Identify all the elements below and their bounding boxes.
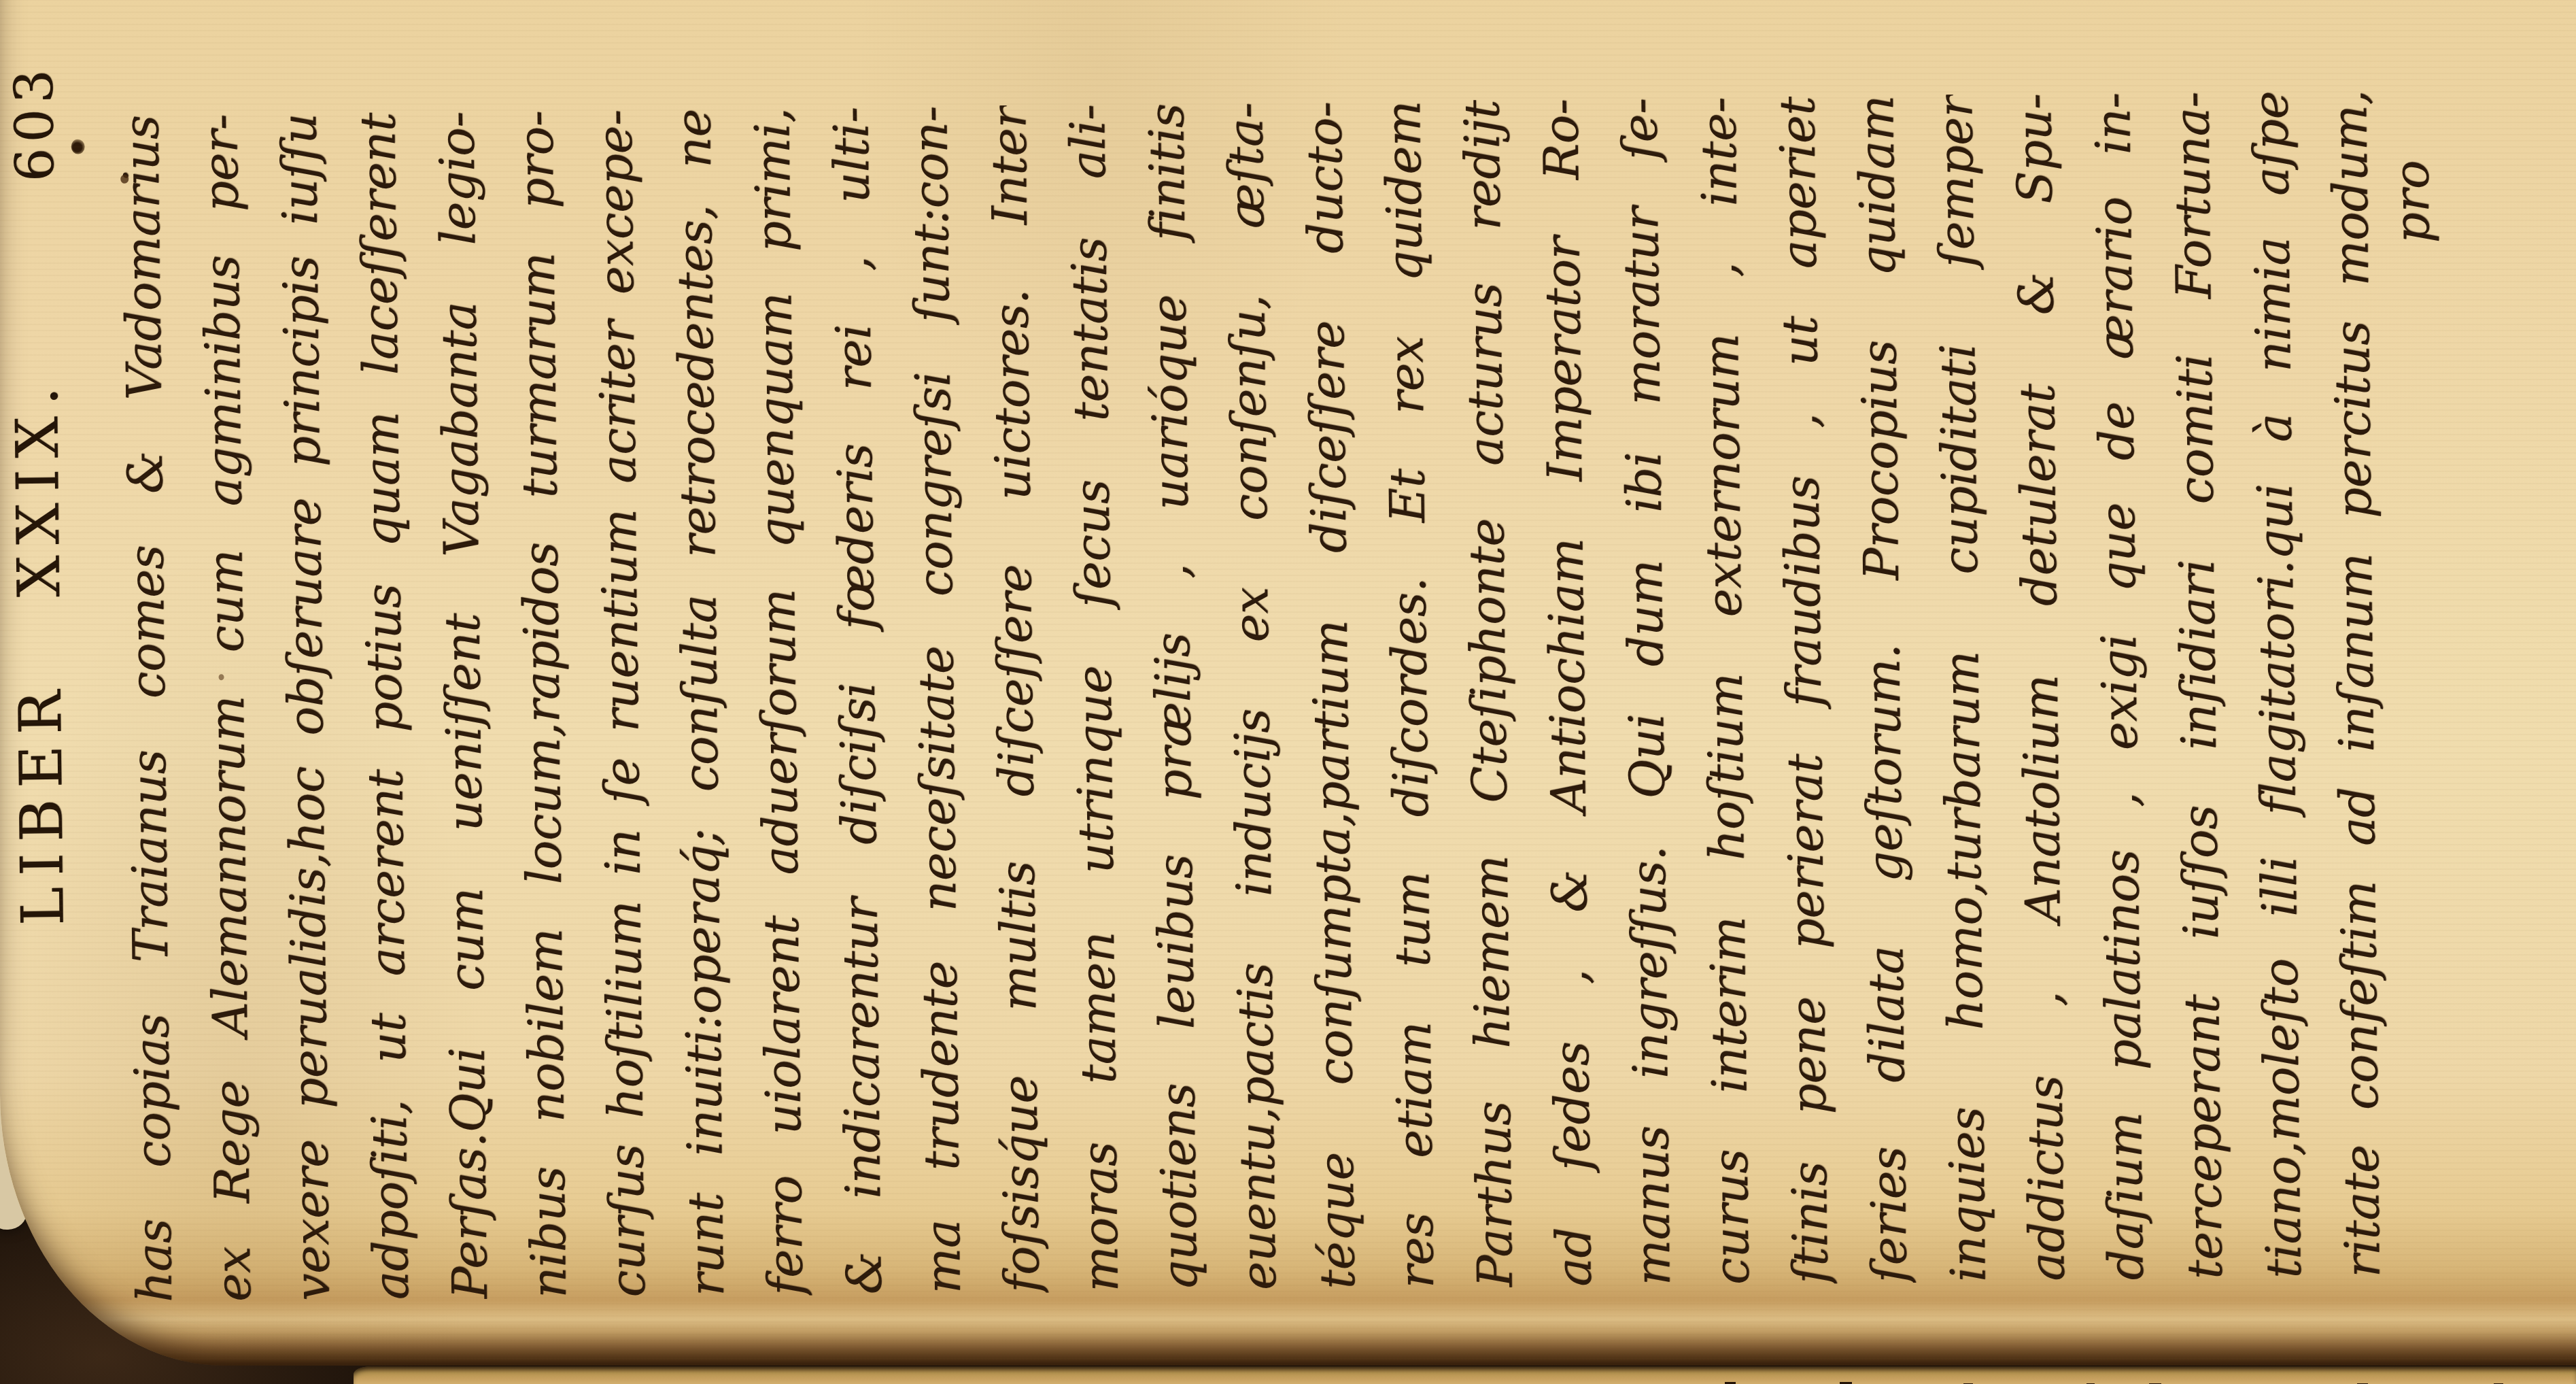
text-line: adpoſiti, ut arcerent potius quam laceſſ… [339, 112, 431, 1300]
text-line: ex Rege Alemannorum cum agminibus per- [181, 114, 273, 1302]
text-line: euentu,pactis inducijs ex conſenſu, æſta… [1206, 102, 1299, 1290]
text-line: res etiam tum diſcordes. Et rex quidem [1364, 101, 1456, 1289]
text-line: manus ingreſſus. Qui dum ibi moratur ſe- [1600, 98, 1693, 1286]
book-photo-scene: LIBER XXIX. 603 has copias Traianus come… [0, 0, 2576, 1384]
page-number: 603 [3, 64, 66, 182]
text-line: ſeries dilata geſtorum. Procopius quidam [1837, 95, 1929, 1283]
text-line: téque conſumpta,partium diſceſſere ducto… [1285, 101, 1377, 1289]
text-line: curſus hoſtilium in ſe ruentium acriter … [575, 109, 668, 1298]
facing-page-sliver [354, 1366, 2576, 1384]
text-line: inquies homo,turbarum cupiditati ſemper [1916, 95, 2008, 1283]
catchword: pro [2383, 160, 2440, 243]
text-line: curus interim hoſtium externorum , inte- [1679, 97, 1772, 1285]
text-line: nibus nobilem locum,rapidos turmarum pro… [496, 110, 589, 1298]
text-line: ma trudente neceſsitate congreſsi ſunt:c… [891, 106, 983, 1294]
text-line: tiano,moleſto illi flagitatori.qui à nim… [2231, 90, 2324, 1279]
running-title: LIBER XXIX. [3, 376, 78, 926]
ink-spot [120, 175, 128, 184]
text-line: addictus , Anatolium detulerat & Spu- [1995, 93, 2087, 1281]
text-line: vexere perualidis,hoc obſeruare principi… [260, 113, 352, 1301]
book-page: LIBER XXIX. 603 has copias Traianus come… [0, 0, 2576, 1366]
text-line: quotiens leuibus prælijs , uarióque fini… [1127, 103, 1220, 1292]
text-line: ſtinis pene perierat fraudibus , ut aper… [1758, 96, 1851, 1284]
text-line: has copias Traianus comes & Vadomarius [102, 115, 194, 1303]
body-text: has copias Traianus comes & Vadomariusex… [102, 90, 2403, 1303]
text-line: terceperant iuſſos inſidiari comiti Fort… [2152, 92, 2245, 1280]
ink-spot [71, 139, 85, 154]
text-line: & indicarentur diſciſsi fœderis rei , ul… [812, 107, 904, 1295]
text-line: Parthus hiemem Cteſiphonte acturus redij… [1443, 99, 1535, 1287]
catchword-row: pro [2383, 160, 2452, 1277]
page-content: LIBER XXIX. 603 has copias Traianus come… [0, 0, 2576, 1366]
text-line: Perſas.Qui cum ueniſſent Vagabanta legio… [417, 112, 510, 1300]
text-line: runt inuiti:operaq́; conſulta retroceden… [654, 109, 746, 1297]
facing-page-text-fragments [326, 1374, 340, 1384]
text-line: moras tamen utrinque ſecus tentatis ali- [1048, 104, 1141, 1292]
text-line: daſium palatinos , exigi que de ærario i… [2074, 92, 2166, 1281]
text-line: ferro uiolarent aduerſorum quenquam prim… [733, 107, 825, 1296]
text-line: ad ſedes , & Antiochiam Imperator Ro- [1522, 99, 1614, 1287]
text-line: foſsisq́ue multis diſceſſere uictores. I… [969, 105, 1062, 1293]
ink-spot [219, 674, 224, 680]
